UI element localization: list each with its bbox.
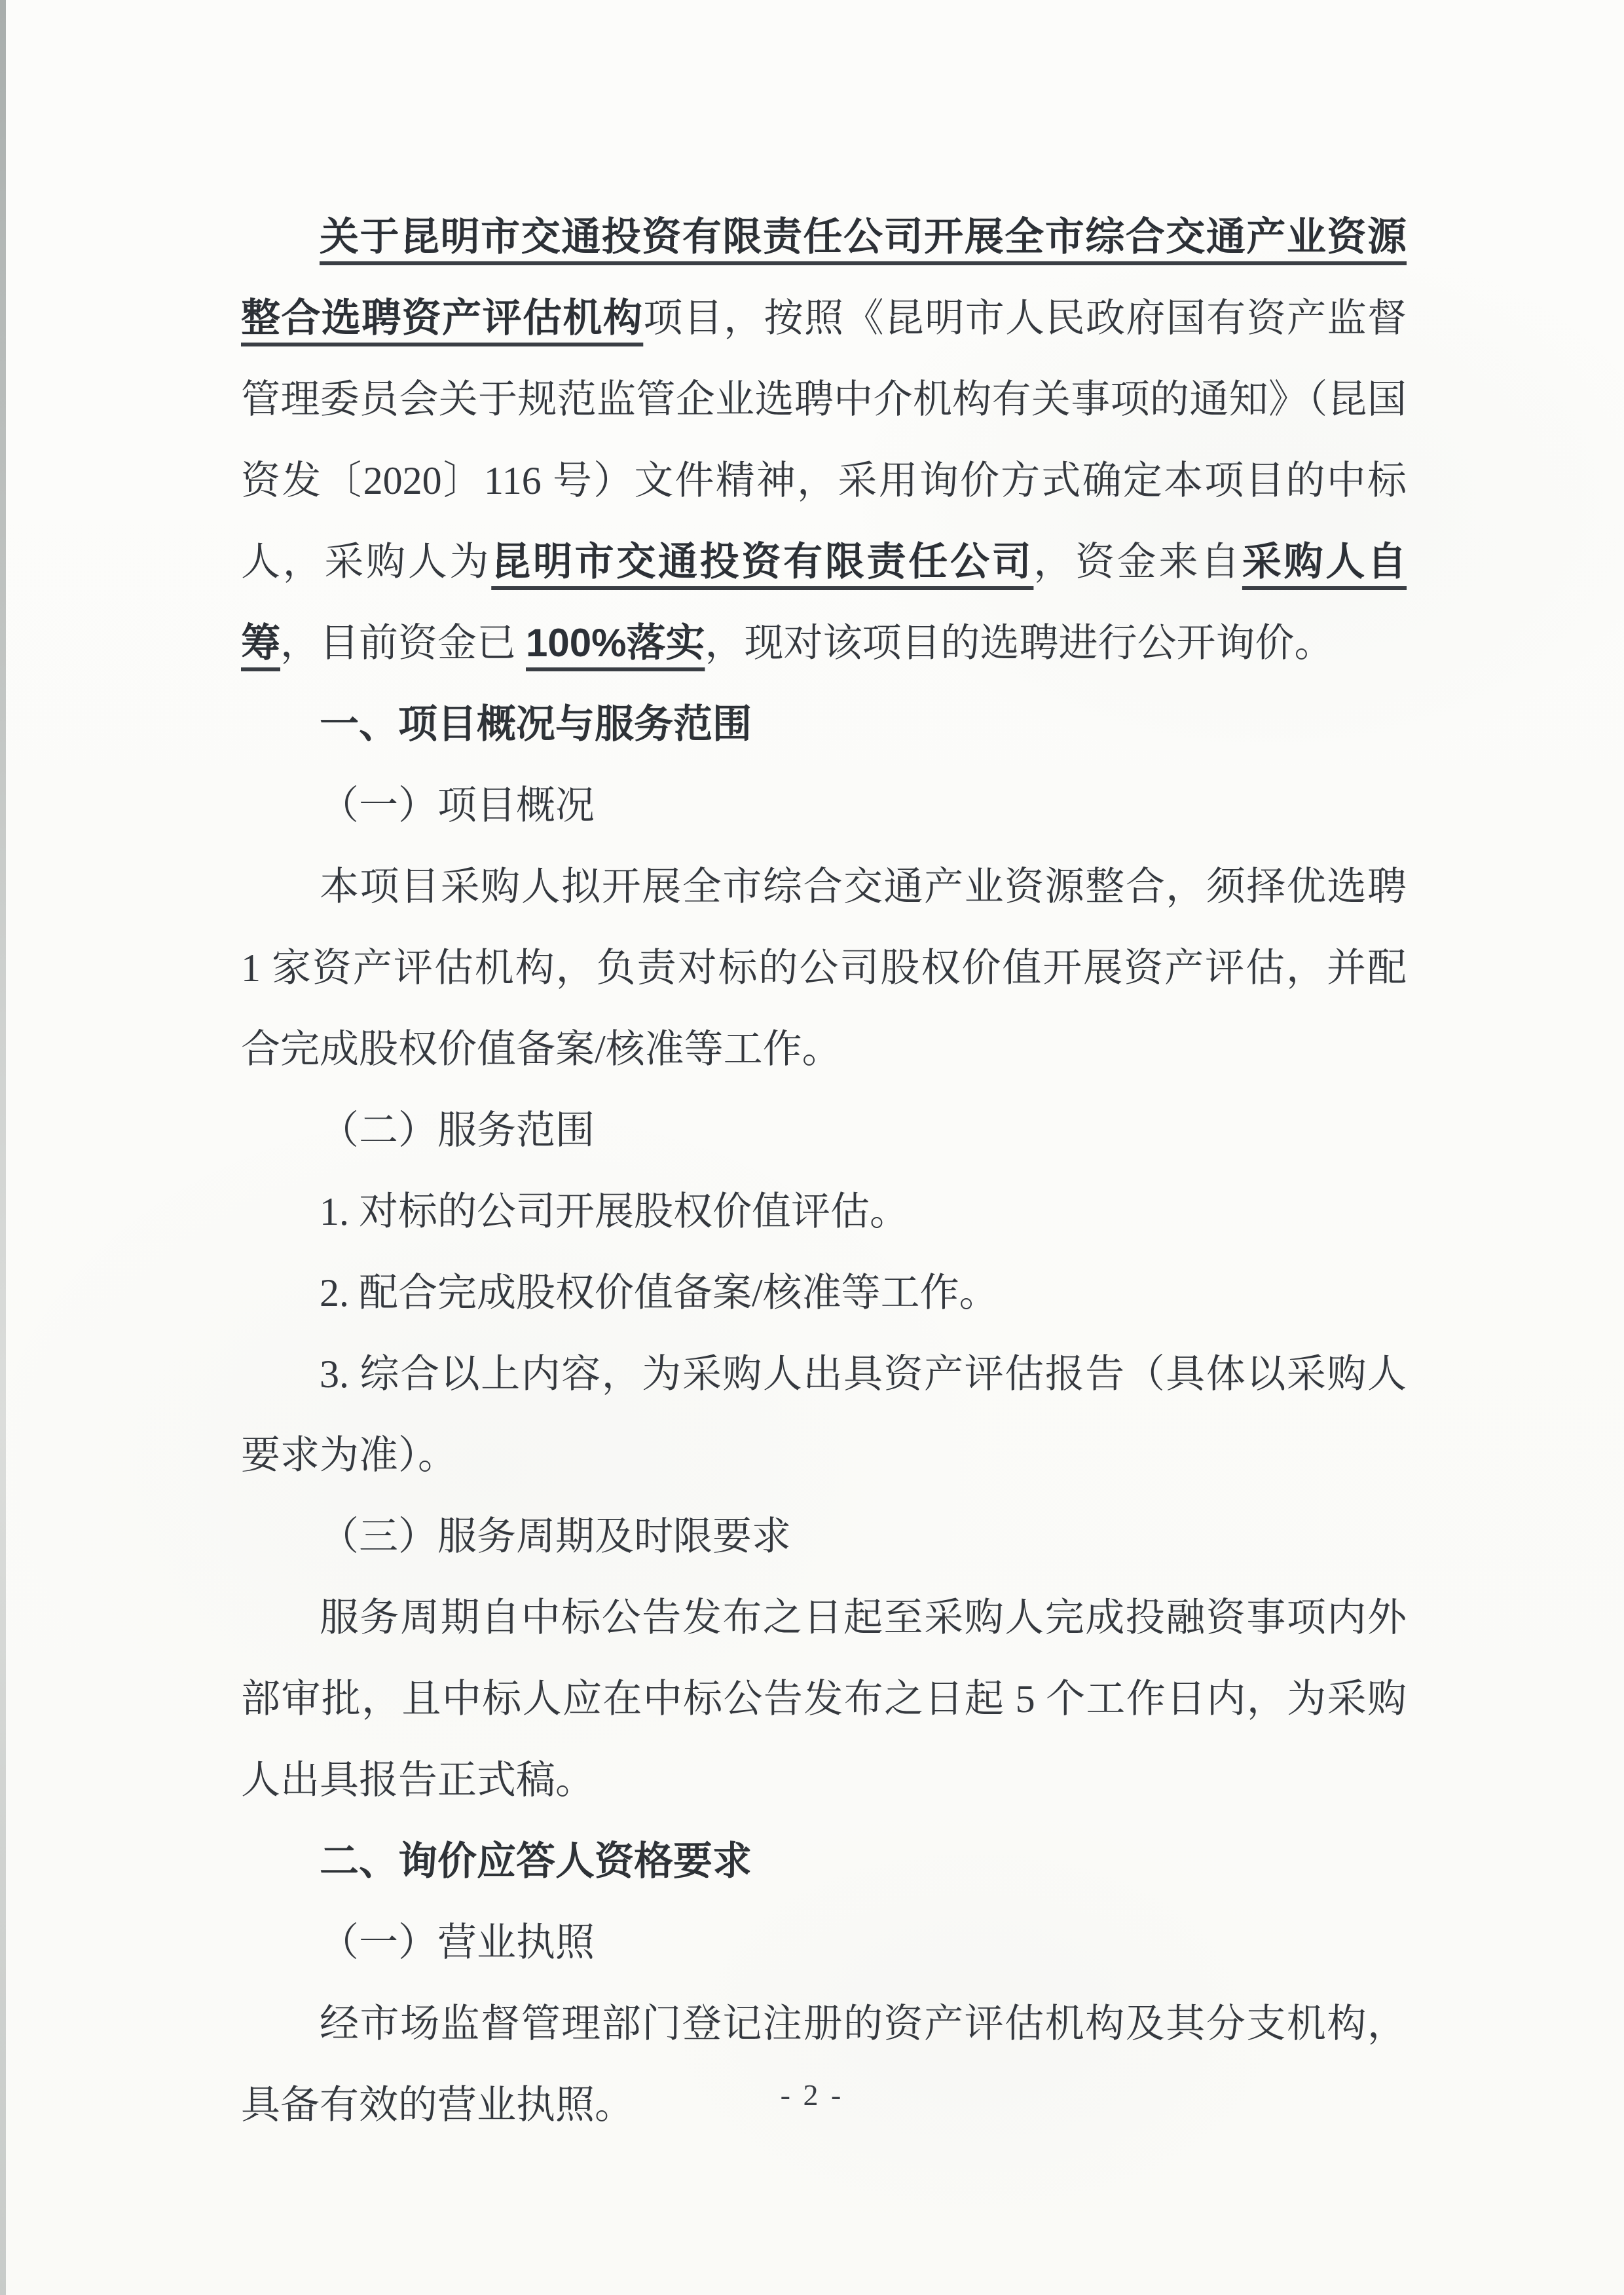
service-scope-item-2: 2. 配合完成股权价值备案/核准等工作。: [241, 1252, 1407, 1334]
funding-status-run: 100%落实: [526, 621, 705, 665]
scan-edge-artifact: [0, 0, 6, 2295]
service-scope-item-3: 3. 综合以上内容，为采购人出具资产评估报告（具体以采购人要求为准）。: [241, 1334, 1407, 1496]
section2-sub1-body: 经市场监督管理部门登记注册的资产评估机构及其分支机构，具备有效的营业执照。: [241, 1983, 1407, 2146]
section1-sub1-heading: （一）项目概况: [241, 765, 1407, 846]
scanned-document-page: 关于昆明市交通投资有限责任公司开展全市综合交通产业资源整合选聘资产评估机构项目，…: [0, 0, 1624, 2295]
intro-run-3: ，资金来自: [1033, 540, 1242, 584]
document-body: 关于昆明市交通投资有限责任公司开展全市综合交通产业资源整合选聘资产评估机构项目，…: [241, 196, 1407, 2146]
section1-sub3-body: 服务周期自中标公告发布之日起至采购人完成投融资事项内外部审批，且中标人应在中标公…: [241, 1577, 1407, 1821]
page-number: - 2 -: [0, 2078, 1624, 2112]
section2-heading: 二、询价应答人资格要求: [241, 1821, 1407, 1902]
section1-heading: 一、项目概况与服务范围: [241, 684, 1407, 765]
section2-sub1-heading: （一）营业执照: [241, 1902, 1407, 1983]
intro-run-5: ，目前资金已: [280, 622, 526, 665]
purchaser-name-run: 昆明市交通投资有限责任公司: [491, 540, 1033, 584]
intro-paragraph: 关于昆明市交通投资有限责任公司开展全市综合交通产业资源整合选聘资产评估机构项目，…: [241, 196, 1407, 684]
section1-sub2-heading: （二）服务范围: [241, 1090, 1407, 1171]
service-scope-item-1: 1. 对标的公司开展股权价值评估。: [241, 1171, 1407, 1252]
section1-sub1-body: 本项目采购人拟开展全市综合交通产业资源整合，须择优选聘 1 家资产评估机构，负责…: [241, 846, 1407, 1090]
section1-sub3-heading: （三）服务周期及时限要求: [241, 1496, 1407, 1577]
intro-run-7: ，现对该项目的选聘进行公开询价。: [705, 622, 1333, 665]
